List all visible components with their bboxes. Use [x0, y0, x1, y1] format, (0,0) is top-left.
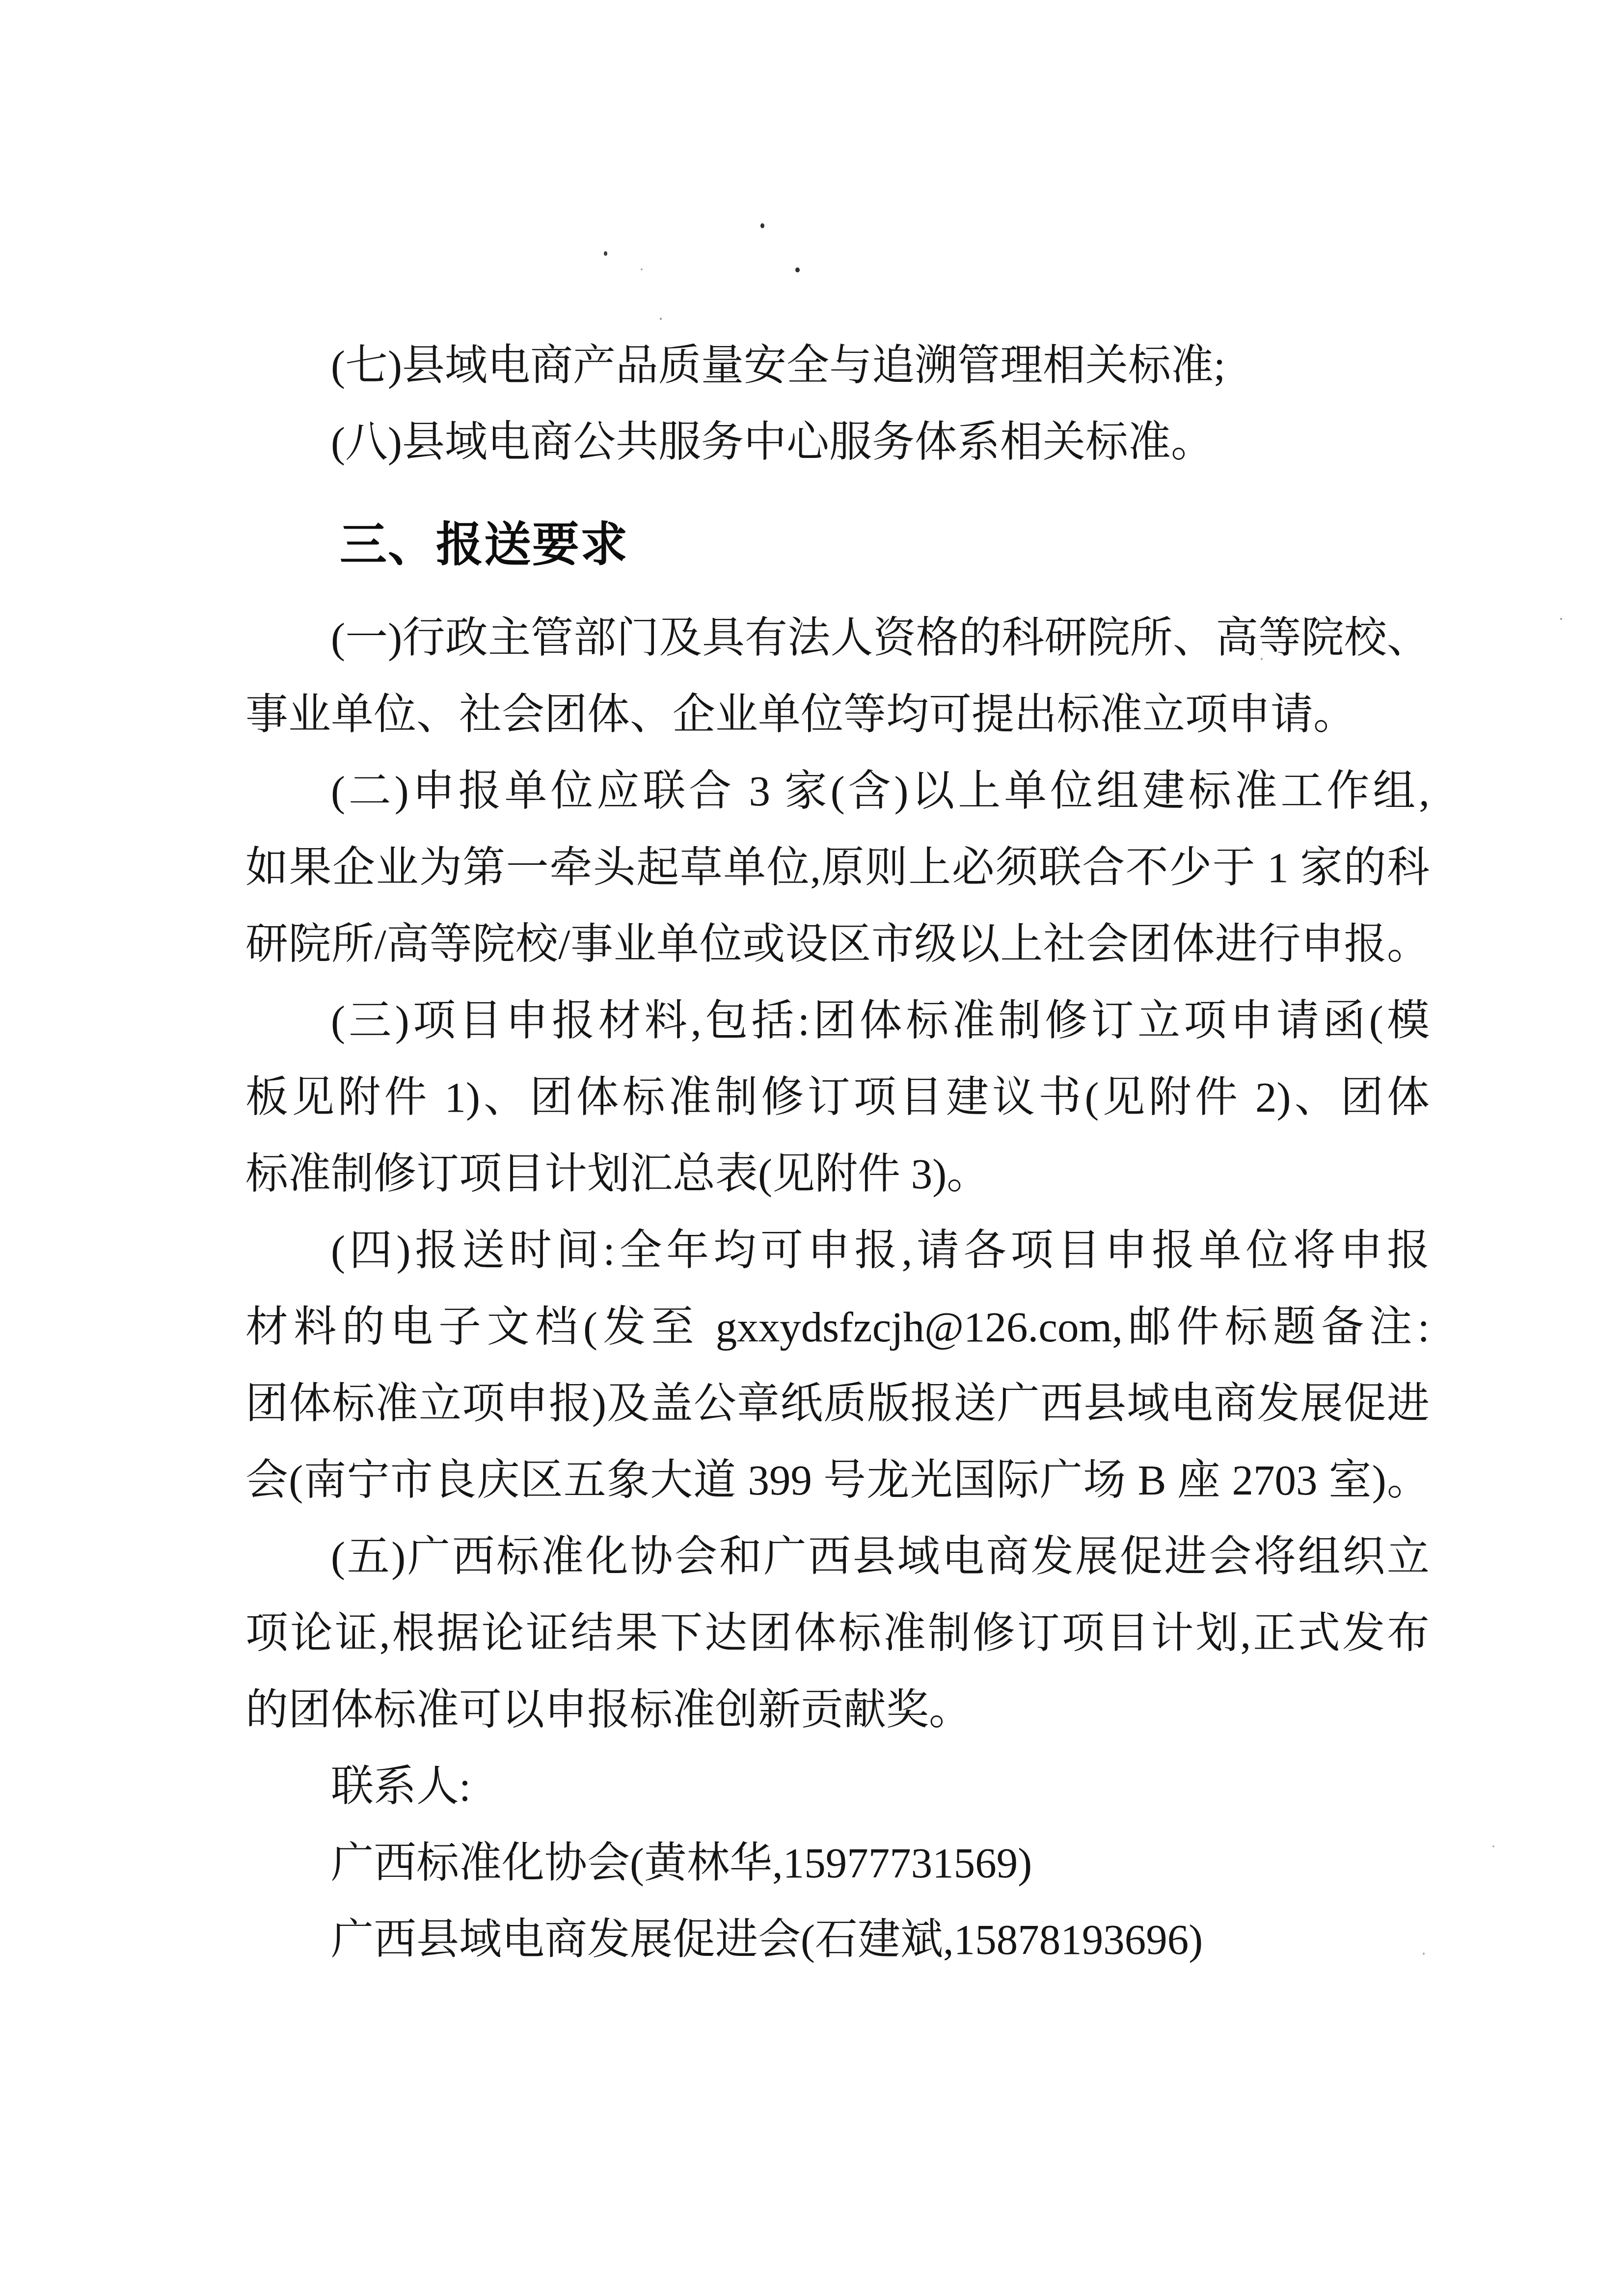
text-line: 板见附件 1)、团体标准制修订项目建议书(见附件 2)、团体	[245, 1059, 1430, 1136]
scan-speck	[760, 223, 764, 228]
scan-speck	[604, 251, 607, 256]
text-line: (七)县域电商产品质量安全与追溯管理相关标准;	[245, 327, 1430, 404]
text-line: (八)县域电商公共服务中心服务体系相关标准。	[245, 404, 1430, 481]
section-heading-block: 三、报送要求	[245, 506, 1430, 584]
text-line: (二)申报单位应联合 3 家(含)以上单位组建标准工作组,	[245, 753, 1430, 829]
scan-speck	[1492, 1845, 1494, 1847]
paragraph: (二)申报单位应联合 3 家(含)以上单位组建标准工作组,如果企业为第一牵头起草…	[245, 753, 1430, 983]
page-background: (七)县域电商产品质量安全与追溯管理相关标准;(八)县域电商公共服务中心服务体系…	[0, 0, 1623, 2296]
scan-speck	[795, 267, 800, 272]
text-line: 会(南宁市良庆区五象大道 399 号龙光国际广场 B 座 2703 室)。	[245, 1442, 1430, 1519]
text-line: (三)项目申报材料,包括:团体标准制修订立项申请函(模	[245, 983, 1430, 1059]
scan-speck	[1560, 618, 1562, 620]
text-line: 事业单位、社会团体、企业单位等均可提出标准立项申请。	[245, 676, 1430, 753]
text-line: 联系人:	[245, 1748, 1430, 1825]
text-line: 团体标准立项申报)及盖公章纸质版报送广西县域电商发展促进	[245, 1365, 1430, 1442]
paragraph: 联系人:	[245, 1748, 1430, 1825]
document-body: (七)县域电商产品质量安全与追溯管理相关标准;(八)县域电商公共服务中心服务体系…	[245, 327, 1430, 1978]
text-line: (四)报送时间:全年均可申报,请各项目申报单位将申报	[245, 1212, 1430, 1289]
paragraph: (八)县域电商公共服务中心服务体系相关标准。	[245, 404, 1430, 481]
text-line: 的团体标准可以申报标准创新贡献奖。	[245, 1672, 1430, 1748]
paragraph: (三)项目申报材料,包括:团体标准制修订立项申请函(模板见附件 1)、团体标准制…	[245, 983, 1430, 1212]
paragraph: (一)行政主管部门及具有法人资格的科研院所、高等院校、事业单位、社会团体、企业单…	[245, 600, 1430, 753]
section-heading: 三、报送要求	[245, 506, 1430, 584]
text-line: 广西标准化协会(黄林华,15977731569)	[245, 1825, 1430, 1901]
scanned-document-page: { "page": { "width_px": 3306, "height_px…	[0, 0, 1623, 2296]
paragraph: (七)县域电商产品质量安全与追溯管理相关标准;	[245, 327, 1430, 404]
text-line: (一)行政主管部门及具有法人资格的科研院所、高等院校、	[245, 600, 1430, 676]
paragraph: (五)广西标准化协会和广西县域电商发展促进会将组织立项论证,根据论证结果下达团体…	[245, 1519, 1430, 1748]
text-line: 标准制修订项目计划汇总表(见附件 3)。	[245, 1136, 1430, 1212]
text-line: 材料的电子文档(发至 gxxydsfzcjh@126.com,邮件标题备注:	[245, 1289, 1430, 1365]
text-line: 项论证,根据论证结果下达团体标准制修订项目计划,正式发布	[245, 1595, 1430, 1672]
paragraph: 广西标准化协会(黄林华,15977731569)	[245, 1825, 1430, 1901]
scan-speck	[660, 318, 662, 320]
paragraph: (四)报送时间:全年均可申报,请各项目申报单位将申报材料的电子文档(发至 gxx…	[245, 1212, 1430, 1519]
scan-speck	[641, 268, 643, 270]
text-line: 广西县域电商发展促进会(石建斌,15878193696)	[245, 1901, 1430, 1978]
text-line: (五)广西标准化协会和广西县域电商发展促进会将组织立	[245, 1519, 1430, 1595]
text-line: 研院所/高等院校/事业单位或设区市级以上社会团体进行申报。	[245, 906, 1430, 983]
paragraph: 广西县域电商发展促进会(石建斌,15878193696)	[245, 1901, 1430, 1978]
text-line: 如果企业为第一牵头起草单位,原则上必须联合不少于 1 家的科	[245, 829, 1430, 906]
